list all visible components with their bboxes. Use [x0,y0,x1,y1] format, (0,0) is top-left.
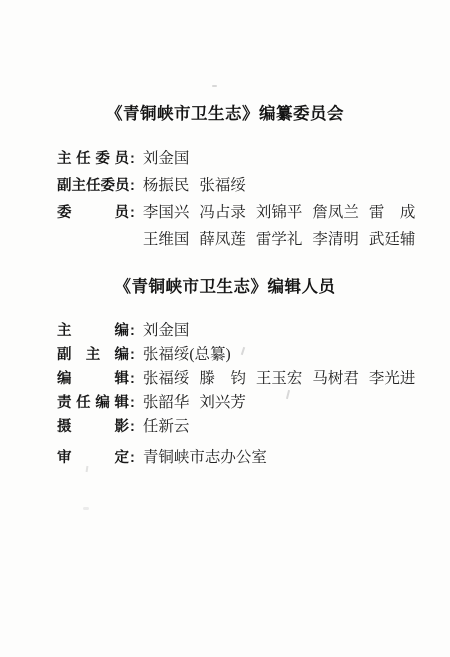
editors-row-deputy-chief-editor: 副主编:张福绥(总纂) [57,346,450,364]
committee-row-deputy-directors: 副主任委员:杨振民张福绥 [57,177,450,195]
colon: : [130,371,135,387]
committee-row-members-line1: 委员:李国兴冯占录刘锦平詹凤兰雷 成 [57,204,450,222]
colon: : [130,205,135,221]
committee-row-members-line2: :王维国薛凤莲雷学礼李清明武廷辅 [57,231,450,249]
person-name: 李清明 [312,231,359,248]
row-names: 李国兴冯占录刘锦平詹凤兰雷 成 [143,204,416,221]
person-name: 詹凤兰 [312,204,359,221]
row-names: 杨振民张福绥 [143,177,246,194]
person-name: 任新云 [143,418,190,435]
row-names: 刘金国 [143,150,190,167]
person-name: 薛凤莲 [199,231,246,248]
row-label: 编辑 [57,370,129,388]
colon: : [130,323,135,339]
document-page: 《青铜峡市卫生志》编纂委员会 主任委员:刘金国 副主任委员:杨振民张福绥 委员:… [0,0,450,657]
org-name: 青铜峡市志办公室 [143,449,267,466]
person-name: 马树君 [312,370,359,387]
person-name: 武廷辅 [369,231,416,248]
person-name: 刘锦平 [256,204,303,221]
row-label: 摄影 [57,418,129,436]
scan-artifact [212,85,217,87]
person-name: 张福绥 [143,370,190,387]
row-names: 张福绥(总纂) [143,346,231,363]
row-label: 审定 [57,449,129,467]
editors-row-photography: 摄影:任新云 [57,418,450,436]
committee-title: 《青铜峡市卫生志》编纂委员会 [0,0,450,125]
row-label: 责任编辑 [57,394,129,412]
person-name: 张福绥 [199,177,246,194]
editors-title: 《青铜峡市卫生志》编辑人员 [0,276,450,298]
editors-row-chief-editor: 主编:刘金国 [57,322,450,340]
person-name: 李光进 [369,370,416,387]
row-label: 主任委员 [57,150,129,168]
row-label: 主编 [57,322,129,340]
person-name: 冯占录 [199,204,246,221]
person-name: 王玉宏 [256,370,303,387]
person-name: 滕 钧 [199,370,246,387]
colon: : [130,151,135,167]
colon: : [130,450,135,466]
colon: : [130,347,135,363]
row-names: 青铜峡市志办公室 [143,449,267,466]
person-name: 刘兴芳 [199,394,246,411]
person-name: 张福绥(总纂) [143,346,231,363]
scan-artifact [86,466,89,472]
editors-section: 主编:刘金国 副主编:张福绥(总纂) 编辑:张福绥滕 钧王玉宏马树君李光进 责任… [57,322,450,467]
row-label: 委员 [57,204,129,222]
scan-artifact [83,507,89,510]
colon: : [130,395,135,411]
row-names: 刘金国 [143,322,190,339]
colon: : [130,419,135,435]
row-label: 副主任委员 [57,177,129,195]
row-label: 副主编 [57,346,129,364]
row-names: 张韶华刘兴芳 [143,394,246,411]
editors-row-responsible-editors: 责任编辑:张韶华刘兴芳 [57,394,450,412]
committee-section: 主任委员:刘金国 副主任委员:杨振民张福绥 委员:李国兴冯占录刘锦平詹凤兰雷 成… [57,150,450,249]
person-name: 李国兴 [143,204,190,221]
committee-row-director: 主任委员:刘金国 [57,150,450,168]
person-name: 杨振民 [143,177,190,194]
person-name: 王维国 [143,231,190,248]
editors-row-approval: 审定:青铜峡市志办公室 [57,449,450,467]
person-name: 刘金国 [143,150,190,167]
person-name: 雷 成 [369,204,416,221]
row-names: 张福绥滕 钧王玉宏马树君李光进 [143,370,416,387]
person-name: 张韶华 [143,394,190,411]
row-names: 王维国薛凤莲雷学礼李清明武廷辅 [143,231,416,248]
person-name: 刘金国 [143,322,190,339]
person-name: 雷学礼 [256,231,303,248]
colon: : [130,178,135,194]
row-names: 任新云 [143,418,190,435]
editors-row-editors: 编辑:张福绥滕 钧王玉宏马树君李光进 [57,370,450,388]
